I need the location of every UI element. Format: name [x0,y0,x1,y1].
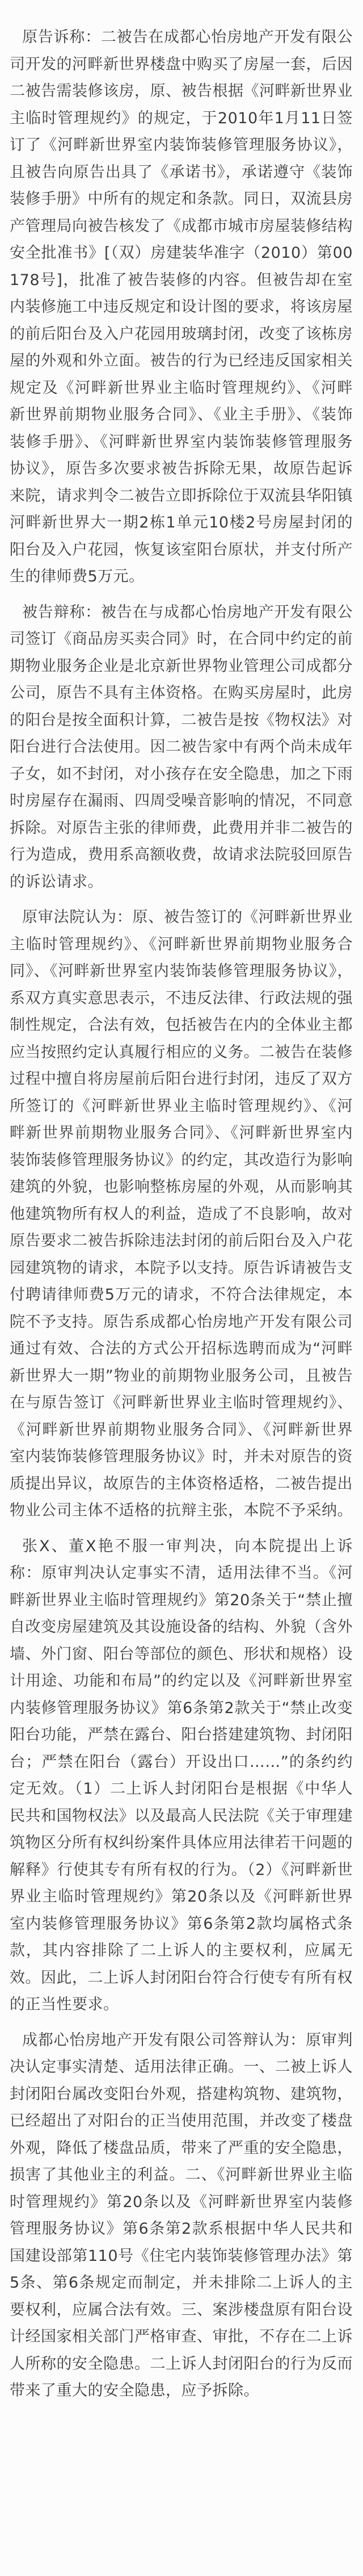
judgment-document: 原告诉称：二被告在成都心怡房地产开发有限公司开发的河畔新世界楼盘中购买了房屋一套… [0,0,363,2576]
paragraph-appellants-appeal: 张X、董X艳不服一审判决，向本院提出上诉称：原审判决认定事实不清，适用法律不当。… [10,1533,353,2018]
paragraph-first-instance-court-opinion: 原审法院认为：原、被告签订的《河畔新世界业主临时管理规约》、《河畔新世界前期物业… [10,904,353,1524]
paragraph-plaintiff-claim: 原告诉称：二被告在成都心怡房地产开发有限公司开发的河畔新世界楼盘中购买了房屋一套… [10,24,353,590]
paragraph-defendant-defense: 被告辩称：被告在与成都心怡房地产开发有限公司签订《商品房买卖合同》时，在合同中约… [10,599,353,896]
paragraph-developer-reply: 成都心怡房地产开发有限公司答辩认为：原审判决认定事实清楚、适用法律正确。一、二被… [10,2027,353,2405]
